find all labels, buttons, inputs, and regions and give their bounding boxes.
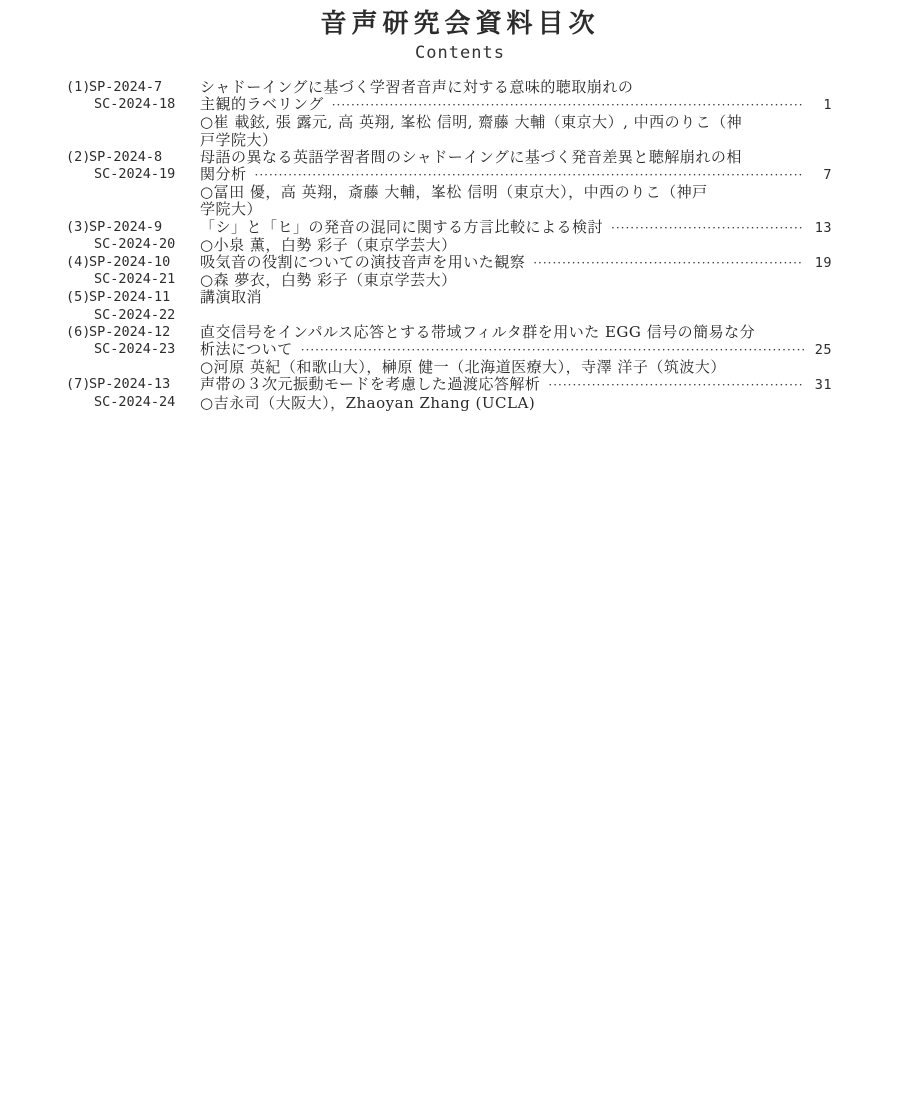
- entry-code-sp: SP-2024-7: [89, 79, 162, 95]
- entry-page-number: 13: [810, 220, 832, 237]
- entry-page-number: 19: [810, 255, 832, 272]
- entry-page-number: 25: [810, 342, 832, 359]
- entry-author-line: ○吉永司（大阪大），Zhaoyan Zhang (UCLA): [200, 395, 832, 412]
- entry-code-sp: SP-2024-13: [89, 376, 170, 392]
- entry-content: 母語の異なる英語学習者間のシャドーイングに基づく発音差異と聴解崩れの相関分析7○…: [200, 149, 832, 219]
- dot-leader: [255, 167, 804, 184]
- entry-author-line: ○冨田 優，高 英翔，斎藤 大輔，峯松 信明（東京大），中西のりこ（神戸: [200, 184, 832, 201]
- entry-title-line: 主観的ラベリング1: [200, 96, 832, 114]
- entry-title-line: シャドーイングに基づく学習者音声に対する意味的聴取崩れの: [200, 79, 832, 96]
- entry-codes: (1)SP-2024-7 SC-2024-18: [66, 79, 200, 149]
- entry-author-line: ○小泉 薫，白勢 彩子（東京学芸大）: [200, 237, 832, 254]
- document-page: 音声研究会資料目次 Contents (1)SP-2024-7 SC-2024-…: [0, 0, 920, 1104]
- entry-number: (6): [66, 324, 89, 341]
- entry-title-line: 母語の異なる英語学習者間のシャドーイングに基づく発音差異と聴解崩れの相: [200, 149, 832, 166]
- toc-list: (1)SP-2024-7 SC-2024-18 シャドーイングに基づく学習者音声…: [66, 79, 832, 412]
- entry-code-sc: SC-2024-23: [66, 341, 200, 358]
- entry-title-text: 吸気音の役割についての演技音声を用いた観察: [200, 254, 525, 271]
- entry-code-sc: SC-2024-20: [66, 236, 200, 253]
- entry-title-line: 吸気音の役割についての演技音声を用いた観察19: [200, 254, 832, 272]
- entry-title-text: 母語の異なる英語学習者間のシャドーイングに基づく発音差異と聴解崩れの相: [200, 149, 742, 166]
- toc-entry: (5)SP-2024-11 SC-2024-22 講演取消: [66, 289, 832, 323]
- dot-leader: [301, 342, 804, 359]
- entry-title-line: 直交信号をインパルス応答とする帯域フィルタ群を用いた EGG 信号の簡易な分: [200, 324, 832, 341]
- entry-number: (2): [66, 149, 89, 166]
- entry-codes: (3)SP-2024-9 SC-2024-20: [66, 219, 200, 254]
- entry-code-sc: SC-2024-21: [66, 271, 200, 288]
- entry-author-line: ○河原 英紀（和歌山大），榊原 健一（北海道医療大），寺澤 洋子（筑波大）: [200, 359, 832, 376]
- entry-title-text: 講演取消: [200, 289, 262, 306]
- entry-codes: (7)SP-2024-13 SC-2024-24: [66, 376, 200, 411]
- entry-page-number: 7: [810, 167, 832, 184]
- page-subtitle: Contents: [0, 43, 920, 63]
- entry-code-sp: SP-2024-10: [89, 254, 170, 270]
- entry-number: (1): [66, 79, 89, 96]
- entry-title-line: 声帯の３次元振動モードを考慮した過渡応答解析31: [200, 376, 832, 394]
- entry-title-text: 関分析: [200, 166, 247, 183]
- entry-codes: (6)SP-2024-12 SC-2024-23: [66, 324, 200, 377]
- entry-content: 「シ」と「ヒ」の発音の混同に関する方言比較による検討13○小泉 薫，白勢 彩子（…: [200, 219, 832, 254]
- dot-leader: [548, 377, 804, 394]
- entry-number: (4): [66, 254, 89, 271]
- entry-author-line: 戸学院大）: [200, 132, 832, 149]
- entry-title-line: 「シ」と「ヒ」の発音の混同に関する方言比較による検討13: [200, 219, 832, 237]
- entry-author-line: ○森 夢衣，白勢 彩子（東京学芸大）: [200, 272, 832, 289]
- entry-code-sc: SC-2024-22: [66, 307, 200, 324]
- entry-title-line: 関分析7: [200, 166, 832, 184]
- entry-author-line: 学院大）: [200, 201, 832, 218]
- dot-leader: [332, 97, 804, 114]
- toc-entry: (4)SP-2024-10 SC-2024-21 吸気音の役割についての演技音声…: [66, 254, 832, 289]
- entry-page-number: 31: [810, 377, 832, 394]
- entry-title-line: 析法について25: [200, 341, 832, 359]
- entry-codes: (5)SP-2024-11 SC-2024-22: [66, 289, 200, 323]
- entry-title-line: 講演取消: [200, 289, 832, 306]
- entry-content: 講演取消: [200, 289, 832, 323]
- entry-code-sp: SP-2024-8: [89, 149, 162, 165]
- entry-code-sc: SC-2024-19: [66, 166, 200, 183]
- entry-content: シャドーイングに基づく学習者音声に対する意味的聴取崩れの主観的ラベリング1○崔 …: [200, 79, 832, 149]
- page-title: 音声研究会資料目次: [0, 0, 920, 40]
- toc-entry: (1)SP-2024-7 SC-2024-18 シャドーイングに基づく学習者音声…: [66, 79, 832, 149]
- toc-entry: (6)SP-2024-12 SC-2024-23 直交信号をインパルス応答とする…: [66, 324, 832, 377]
- entry-title-text: 主観的ラベリング: [200, 96, 324, 113]
- toc-entry: (2)SP-2024-8 SC-2024-19 母語の異なる英語学習者間のシャド…: [66, 149, 832, 219]
- entry-number: (3): [66, 219, 89, 236]
- toc-entry: (3)SP-2024-9 SC-2024-20 「シ」と「ヒ」の発音の混同に関す…: [66, 219, 832, 254]
- entry-title-text: シャドーイングに基づく学習者音声に対する意味的聴取崩れの: [200, 79, 633, 96]
- entry-page-number: 1: [810, 97, 832, 114]
- entry-content: 直交信号をインパルス応答とする帯域フィルタ群を用いた EGG 信号の簡易な分析法…: [200, 324, 832, 377]
- dot-leader: [533, 255, 804, 272]
- toc-entry: (7)SP-2024-13 SC-2024-24 声帯の３次元振動モードを考慮し…: [66, 376, 832, 411]
- entry-title-text: 声帯の３次元振動モードを考慮した過渡応答解析: [200, 376, 540, 393]
- dot-leader: [611, 220, 804, 237]
- entry-code-sp: SP-2024-12: [89, 324, 170, 340]
- entry-title-text: 直交信号をインパルス応答とする帯域フィルタ群を用いた EGG 信号の簡易な分: [200, 324, 755, 341]
- entry-title-text: 「シ」と「ヒ」の発音の混同に関する方言比較による検討: [200, 219, 603, 236]
- entry-code-sc: SC-2024-24: [66, 394, 200, 411]
- entry-author-line: ○崔 載鉉, 張 露元, 高 英翔, 峯松 信明, 齋藤 大輔（東京大）, 中西…: [200, 114, 832, 131]
- entry-content: 吸気音の役割についての演技音声を用いた観察19○森 夢衣，白勢 彩子（東京学芸大…: [200, 254, 832, 289]
- entry-title-text: 析法について: [200, 341, 293, 358]
- entry-code-sc: SC-2024-18: [66, 96, 200, 113]
- entry-codes: (2)SP-2024-8 SC-2024-19: [66, 149, 200, 219]
- entry-codes: (4)SP-2024-10 SC-2024-21: [66, 254, 200, 289]
- entry-number: (5): [66, 289, 89, 306]
- entry-number: (7): [66, 376, 89, 393]
- entry-code-sp: SP-2024-9: [89, 219, 162, 235]
- entry-content: 声帯の３次元振動モードを考慮した過渡応答解析31○吉永司（大阪大），Zhaoya…: [200, 376, 832, 411]
- entry-code-sp: SP-2024-11: [89, 289, 170, 305]
